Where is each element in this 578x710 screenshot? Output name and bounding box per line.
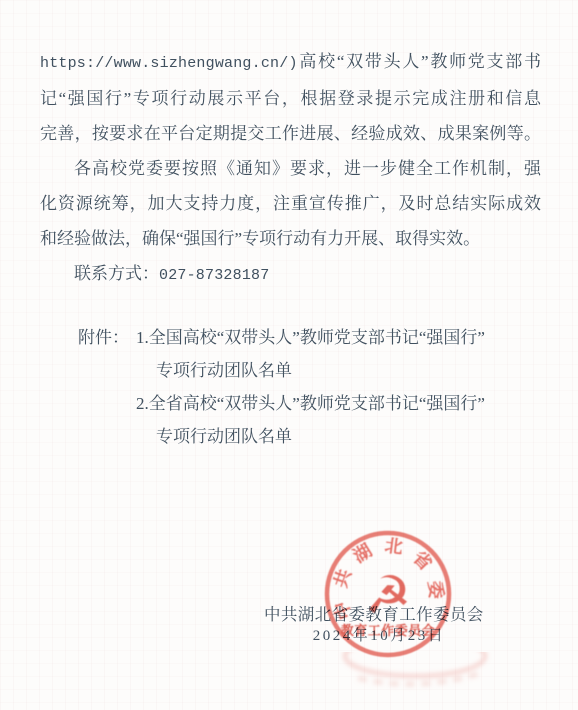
seal-arc-char: 北 <box>384 535 404 557</box>
seal-arc-char: 湖 <box>349 539 375 566</box>
scanned-official-document-page: { "page": { "background": "#fdfcfb", "te… <box>0 0 578 710</box>
seal-arc-char: 委 <box>425 580 447 600</box>
attachment-1-line-2: 专项行动团队名单 <box>136 354 485 387</box>
attachments-section: 附件： 1.全国高校“双带头人”教师党支部书记“强国行” 专项行动团队名单 2.… <box>78 321 485 453</box>
seal-arc-char: 省 <box>409 547 437 575</box>
seal-arc-char: 共 <box>329 566 355 590</box>
attachments-label: 附件： <box>78 321 136 453</box>
signature-organization: 中共湖北省委教育工作委员会 <box>264 601 484 625</box>
ghost-stamp-smudge <box>330 652 500 698</box>
paragraph-1-line-1: https://www.sizhengwang.cn/)高校“双带头人”教师党支… <box>40 44 541 81</box>
paragraph-1-line-1-text: 高校“双带头人”教师党支部书 <box>298 52 541 71</box>
platform-url: https://www.sizhengwang.cn/) <box>40 55 298 72</box>
signature-date: 2024年10月23日 <box>303 624 455 645</box>
attachment-2-line-1: 2.全省高校“双带头人”教师党支部书记“强国行” <box>136 387 485 420</box>
contact-phone-number: 027-87328187 <box>159 267 269 284</box>
ghost-stamp-arc <box>345 652 485 676</box>
paragraph-1-line-3: 完善，按要求在平台定期提交工作进展、经验成效、成果案例等。 <box>40 116 541 151</box>
paragraph-2-line-1: 各高校党委要按照《通知》要求，进一步健全工作机制，强 <box>40 151 541 186</box>
attachments-list: 1.全国高校“双带头人”教师党支部书记“强国行” 专项行动团队名单 2.全省高校… <box>136 321 485 453</box>
contact-line: 联系方式：027-87328187 <box>40 256 541 293</box>
paragraph-2-line-2: 化资源统筹，加大支持力度，注重宣传推广，及时总结实际成效 <box>40 186 541 221</box>
paragraph-1-line-2: 记“强国行”专项行动展示平台，根据登录提示完成注册和信息 <box>40 81 541 116</box>
attachment-2-line-2: 专项行动团队名单 <box>136 420 485 453</box>
document-body: https://www.sizhengwang.cn/)高校“双带头人”教师党支… <box>40 44 541 293</box>
paragraph-2-line-3: 和经验做法，确保“强国行”专项行动有力开展、取得实效。 <box>40 221 541 256</box>
contact-label: 联系方式： <box>74 264 159 283</box>
ghost-stamp-marks <box>358 674 478 684</box>
attachment-1-line-1: 1.全国高校“双带头人”教师党支部书记“强国行” <box>136 321 485 354</box>
official-seal: 中 共 湖 北 省 委 ☭ 教育工作委员会 <box>308 514 468 674</box>
